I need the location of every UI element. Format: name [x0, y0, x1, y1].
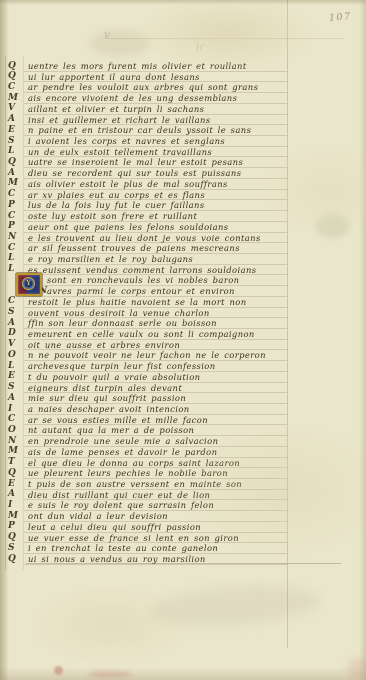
- text-line: Nen prendroie une seule mie a salvacion: [8, 436, 287, 447]
- pen-trial-mark: v: [103, 28, 111, 42]
- text-line: Souvent vous desiroit la venue charlon: [8, 308, 287, 319]
- text-line: Et puis de son austre verssent en mainte…: [8, 479, 287, 490]
- text-line: Qui si nous a vendus au roy marsilion: [8, 554, 287, 565]
- text-line: Ne les trouvent au lieu dont je vous voi…: [8, 233, 287, 244]
- text-line: Adieu dist ruillant qui cuer eut de lion: [8, 490, 287, 501]
- text-line: On ne pouvoit veoir ne leur fachon ne le…: [8, 350, 287, 361]
- manuscript-page: 107 v lr Quentre les mors furent mis oli…: [0, 0, 366, 680]
- text-line: Paeur ont que paiens les felons souldoia…: [8, 222, 287, 233]
- text-line: Qui lur apportent il aura dont lesans: [8, 72, 287, 83]
- red-stain: [348, 658, 366, 680]
- text-line: Plus de la fois luy fut le cuer faillans: [8, 200, 287, 211]
- text-line: Mais encore vivoient de les ung dessembl…: [8, 93, 287, 104]
- text-line: Si avoient les corps et navres et sengla…: [8, 136, 287, 147]
- text-line: Car pendre les vouloit aux arbres qui so…: [8, 82, 287, 93]
- text-line: Pleut a celui dieu qui souffri passion: [8, 522, 287, 533]
- text-line: Larchevesque turpin leur fist confession: [8, 361, 287, 372]
- text-line: Vaillant et olivier et turpin li sachans: [8, 104, 287, 115]
- text-line: Que pleurent leurs pechies le nobile bar…: [8, 468, 287, 479]
- text-line: Ont autant qua la mer a de poisson: [8, 425, 287, 436]
- text-line: Ie suis le roy dolent que sarrasin felon: [8, 500, 287, 511]
- text-line: Crestoit le plus haitie navoient se la m…: [8, 297, 287, 308]
- text-line: Lun de eulx estoit tellement travaillans: [8, 147, 287, 158]
- text-line: Affin son leur donnaast serle ou boisson: [8, 318, 287, 329]
- text-line: Mont dun vidal a leur devision: [8, 511, 287, 522]
- text-line: Coste luy estoit son frere et ruillant: [8, 211, 287, 222]
- folio-number: 107: [329, 11, 353, 24]
- text-line: Ysont en ronchevauls les vi nobles baron: [8, 275, 287, 286]
- text-line: Le roy marsilien et le roy balugans: [8, 254, 287, 265]
- text-line: Voit une ausse et arbres environ: [8, 340, 287, 351]
- illuminated-initial: Y: [16, 273, 42, 296]
- right-bounding-line: [287, 0, 288, 648]
- illuminated-initial-letter: Y: [26, 281, 30, 287]
- text-line: Demeurent en celle vaulx ou sont li comp…: [8, 329, 287, 340]
- text-line: Navres parmi le corps entour et environ: [8, 286, 287, 297]
- text-line: Et du pouvoir quil a vraie absolution: [8, 372, 287, 383]
- pen-trial-mark: lr: [195, 42, 204, 54]
- red-stain: [88, 671, 132, 678]
- text-line: Adieu se recordent qui sur touls est pui…: [8, 168, 287, 179]
- text-line: En paine et en tristour car deuls yssoit…: [8, 125, 287, 136]
- text-line: Que vuer esse de france si lent en son g…: [8, 533, 287, 544]
- left-bounding-line: [5, 56, 6, 570]
- text-line: Quentre les mors furent mis olivier et r…: [8, 61, 287, 72]
- text-line: Car xv plaies eut au corps et es flans: [8, 190, 287, 201]
- text-line: Seigneurs dist turpin ales devant: [8, 383, 287, 394]
- top-ruling-line: [104, 38, 344, 39]
- ink-bleedthrough-smudge: [149, 580, 321, 632]
- text-line: Ia naies deschaper avoit intencion: [8, 404, 287, 415]
- text-line: Mais olivier estoit le plus de mal souff…: [8, 179, 287, 190]
- illuminated-initial-roundel: Y: [22, 277, 35, 290]
- text-line: Mais de lame penses et davoir le pardon: [8, 447, 287, 458]
- text-line: Les euissent vendus comment larrons soul…: [8, 265, 287, 276]
- text-line: Ainsi et guillemer et richart le vaillan…: [8, 115, 287, 126]
- text-line: Amie sur dieu qui souffrit passion: [8, 393, 287, 404]
- ink-bleedthrough-smudge: [316, 214, 350, 238]
- text-line: Car sil feussent trouves de paiens mescr…: [8, 243, 287, 254]
- parchment-crease-shadow: [90, 30, 150, 56]
- text-line: Tel que dieu le donna au corps saint laz…: [8, 458, 287, 469]
- ruling-line: [24, 564, 287, 565]
- text-line: Quatre se inseroient le mal leur estoit …: [8, 157, 287, 168]
- text-line: Si en trenchat la teste au conte ganelon: [8, 543, 287, 554]
- text-line: Car se vous esties mille et mille facon: [8, 415, 287, 426]
- text-block: Quentre les mors furent mis olivier et r…: [8, 61, 287, 565]
- red-stain: [54, 666, 63, 675]
